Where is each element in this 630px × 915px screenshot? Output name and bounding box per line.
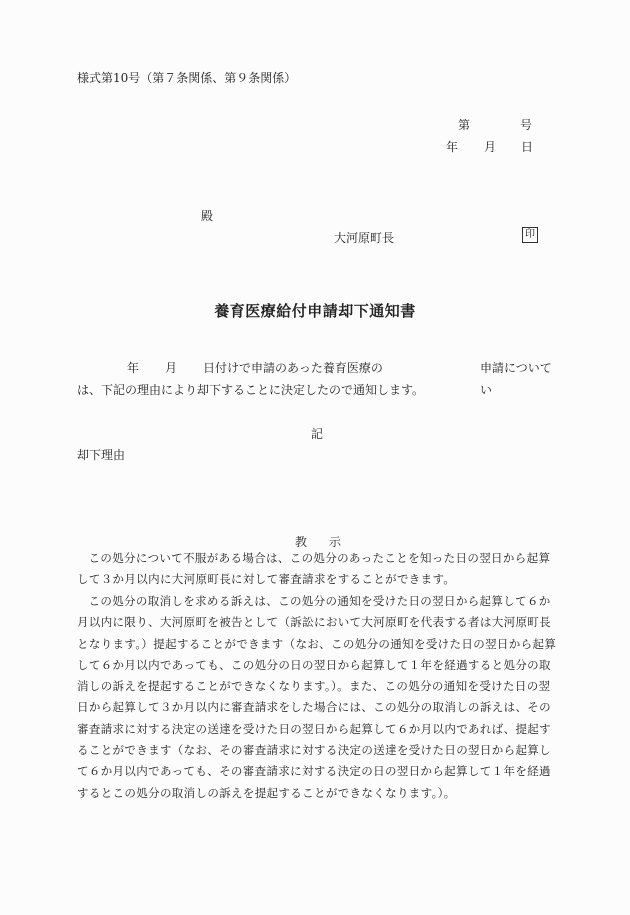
number-prefix: 第 bbox=[458, 116, 470, 133]
rejection-reason-label: 却下理由 bbox=[77, 446, 125, 463]
body-text-a: 日付けで申請のあった養育医療の bbox=[203, 357, 383, 379]
date-day: 日 bbox=[521, 138, 533, 155]
addressee-honorific: 殿 bbox=[201, 207, 213, 224]
date-month: 月 bbox=[484, 138, 496, 155]
instruction-text-1: この処分について不服がある場合は、この処分のあったことを知った日の翌日から起算し… bbox=[77, 548, 561, 591]
seal-icon: 印 bbox=[522, 227, 538, 243]
instruction-heading-2: 示 bbox=[329, 535, 341, 549]
instruction-paragraph-2: この処分の取消しを求める訴えは、この処分の通知を受けた日の翌日から起算して６か月… bbox=[77, 591, 561, 804]
notice-body: 年 月 日付けで申請のあった養育医療の 申請についてい は、下記の理由により却下… bbox=[77, 357, 557, 401]
instruction-heading-1: 教 bbox=[295, 535, 307, 549]
body-text-b: 申請についてい bbox=[480, 357, 557, 401]
notice-body-line-1: 年 月 日付けで申請のあった養育医療の 申請についてい bbox=[77, 357, 557, 379]
instruction-paragraph-1: この処分について不服がある場合は、この処分のあったことを知った日の翌日から起算し… bbox=[77, 548, 561, 591]
body-year: 年 bbox=[127, 357, 139, 379]
document-title: 養育医療給付申請却下通知書 bbox=[0, 300, 630, 321]
ki-heading: 記 bbox=[311, 425, 323, 442]
form-number: 様式第10号（第７条関係、第９条関係） bbox=[77, 69, 296, 86]
instruction-text-2: この処分の取消しを求める訴えは、この処分の通知を受けた日の翌日から起算して６か月… bbox=[77, 591, 561, 804]
date-year: 年 bbox=[446, 138, 458, 155]
body-month: 月 bbox=[165, 357, 177, 379]
number-suffix: 号 bbox=[520, 116, 532, 133]
issuer-name: 大河原町長 bbox=[334, 229, 394, 246]
